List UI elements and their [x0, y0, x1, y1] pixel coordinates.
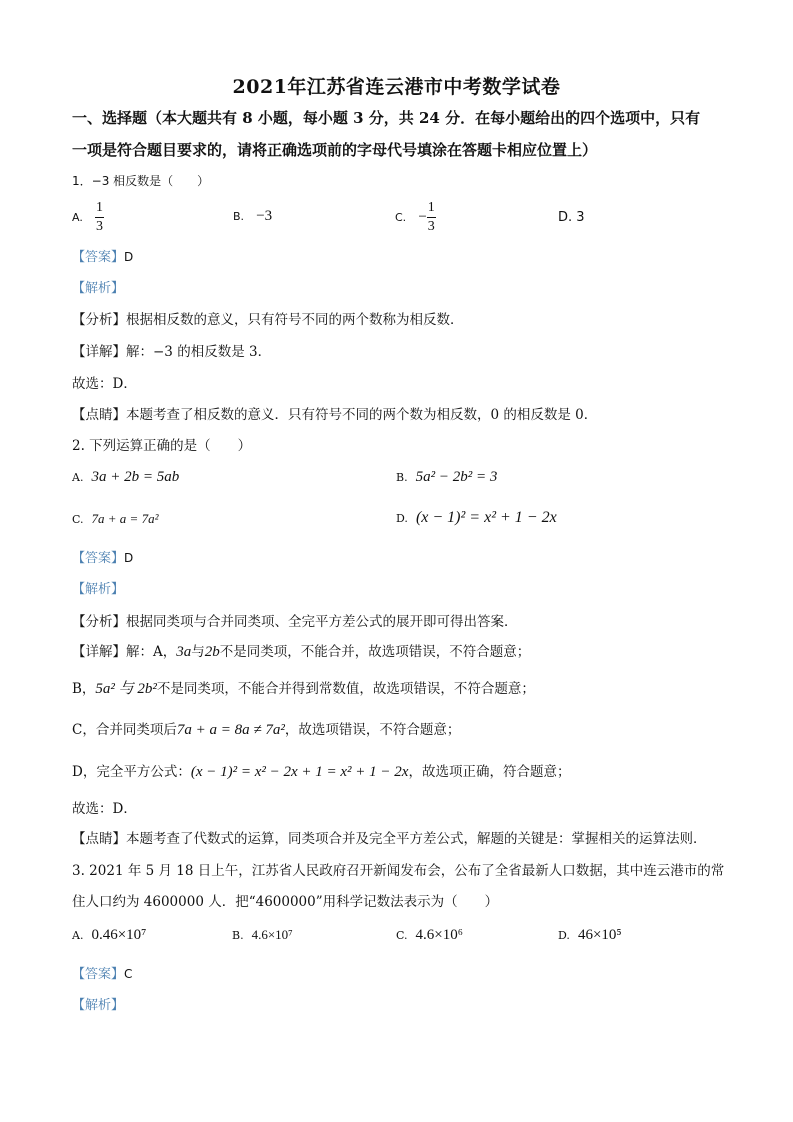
q2-dianjing: 【点睛】本题考查了代数式的运算，同类项合并及完全平方差公式，解题的关键是：掌握相…	[72, 827, 707, 847]
option-label: C.	[395, 211, 406, 224]
exam-page: 2021年江苏省连云港市中考数学试卷 一、选择题（本大题共有 8 小题，每小题 …	[0, 0, 793, 1122]
q3-answer: 【答案】C	[72, 963, 132, 982]
q3-analysis-label: 【解析】	[72, 994, 124, 1013]
option-label: B.	[233, 210, 244, 223]
q1-option-c: C. −13	[395, 200, 436, 235]
q3-option-a: A.0.46×10⁷	[72, 927, 146, 944]
option-label: D.	[558, 210, 572, 225]
q2-xiangjie-d: D，完全平方公式：(x − 1)² = x² − 2x + 1 = x² + 1…	[72, 760, 570, 781]
q1-option-d: D. 3	[558, 210, 585, 225]
q2-analysis-label: 【解析】	[72, 578, 124, 597]
q3-option-c: C.4.6×10⁶	[396, 927, 463, 944]
q2-option-b: B.5a² − 2b² = 3	[396, 469, 497, 486]
option-label: A.	[72, 211, 83, 224]
q1-stem: 1．−3 相反数是（ ）	[72, 172, 209, 189]
q2-xiangjie-b: B，5a² 与 2b²不是同类项，不能合并得到常数值，故选项错误，不符合题意；	[72, 677, 535, 698]
q2-stem: 2. 下列运算正确的是（ ）	[72, 434, 251, 454]
q1-option-a: A. 13	[72, 200, 104, 235]
q2-option-d: D.(x − 1)² = x² + 1 − 2x	[396, 509, 557, 527]
q1-dianjing: 【点睛】本题考查了相反数的意义．只有符号不同的两个数为相反数，0 的相反数是 0…	[72, 403, 597, 423]
option-value: 3	[576, 210, 584, 225]
q2-option-c: C.7a + a = 7a²	[72, 511, 158, 527]
q2-xiangjie-a: 【详解】解：A，3a与2b不是同类项，不能合并，故选项错误，不符合题意；	[72, 640, 530, 661]
q1-guxuan: 故选：D．	[72, 372, 137, 392]
q2-answer: 【答案】D	[72, 547, 133, 566]
fraction-one-third: 13	[95, 200, 104, 235]
q1-xiangjie: 【详解】解：−3 的相反数是 3．	[72, 340, 271, 360]
q2-fenxi: 【分析】根据同类项与合并同类项、全完平方差公式的展开即可得出答案．	[72, 610, 518, 630]
q2-xiangjie-c: C，合并同类项后7a + a = 8a ≠ 7a²，故选项错误，不符合题意；	[72, 718, 460, 739]
section-instructions-line1: 一、选择题（本大题共有 8 小题，每小题 3 分，共 24 分．在每小题给出的四…	[72, 102, 732, 134]
q1-option-b: B. −3	[233, 208, 272, 225]
answer-value: D	[124, 250, 133, 264]
q1-answer: 【答案】D	[72, 246, 133, 265]
section-instructions-line2: 一项是符合题目要求的，请将正确选项前的字母代号填涂在答题卡相应位置上）	[72, 134, 732, 166]
answer-label: 【答案】	[72, 250, 124, 265]
fraction-neg-one-third: 13	[427, 200, 436, 235]
q3-stem-line2: 住人口约为 4600000 人．把“4600000”用科学记数法表示为（ ）	[72, 890, 498, 910]
option-value: −3	[256, 208, 272, 224]
q2-guxuan: 故选：D．	[72, 797, 137, 817]
q1-fenxi: 【分析】根据相反数的意义，只有符号不同的两个数称为相反数．	[72, 308, 464, 328]
q2-option-a: A.3a + 2b = 5ab	[72, 469, 179, 486]
q3-option-d: D.46×10⁵	[558, 927, 622, 944]
q3-stem-line1: 3. 2021 年 5 月 18 日上午，江苏省人民政府召开新闻发布会，公布了全…	[72, 859, 724, 879]
page-title: 2021年江苏省连云港市中考数学试卷	[0, 72, 793, 99]
q3-option-b: B.4.6×10⁷	[232, 927, 293, 943]
q1-analysis-label: 【解析】	[72, 277, 124, 296]
